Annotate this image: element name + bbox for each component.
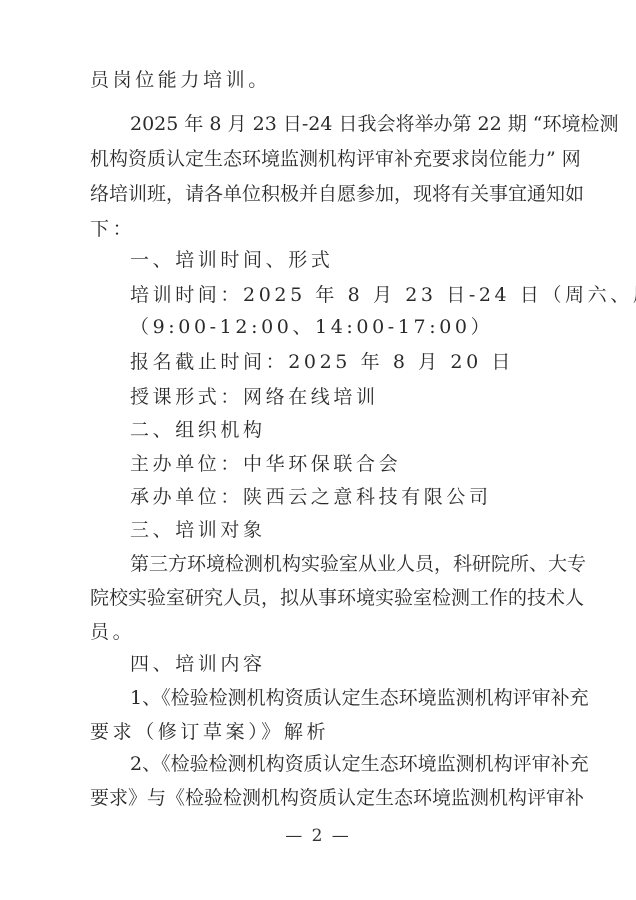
text-line: 授课形式：网络在线培训 <box>130 385 536 409</box>
text-line: 要求（修订草案）》解析 <box>90 720 536 744</box>
text-line: 院校实验室研究人员，拟从事环境实验室检测工作的技术人 <box>90 586 536 610</box>
page-number: — 2 — <box>0 826 636 846</box>
text-line: 络培训班，请各单位积极并自愿参加，现将有关事宜通知如 <box>90 182 536 206</box>
text-line: 要求》与《检验检测机构资质认定生态环境监测机构评审补 <box>90 786 536 810</box>
text-line: 第三方环境检测机构实验室从业人员，科研院所、大专 <box>130 552 536 576</box>
text-line: 承办单位：陕西云之意科技有限公司 <box>130 485 536 509</box>
text-line: 四、培训内容 <box>130 652 536 676</box>
text-line: 三、培训对象 <box>130 518 536 542</box>
text-line: 二、组织机构 <box>130 418 536 442</box>
text-line: 主办单位：中华环保联合会 <box>130 452 536 476</box>
text-line: 机构资质认定生态环境监测机构评审补充要求岗位能力” 网 <box>90 147 536 171</box>
document-page: 员岗位能力培训。2025 年 8 月 23 日-24 日我会将举办第 22 期 … <box>0 0 636 900</box>
text-line: 2、《检验检测机构资质认定生态环境监测机构评审补充 <box>130 752 536 776</box>
text-line: （9:00-12:00、14:00-17:00） <box>130 315 536 339</box>
text-line: 2025 年 8 月 23 日-24 日我会将举办第 22 期 “环境检测 <box>130 112 536 136</box>
text-line: 报名截止时间：2025 年 8 月 20 日 <box>130 350 536 374</box>
text-line: 下： <box>90 217 536 241</box>
text-line: 培训时间：2025 年 8 月 23 日-24 日（周六、周日） <box>130 283 536 307</box>
text-line: 员。 <box>90 620 536 644</box>
text-line: 一、培训时间、形式 <box>130 248 536 272</box>
text-line: 1、《检验检测机构资质认定生态环境监测机构评审补充 <box>130 686 536 710</box>
text-line: 员岗位能力培训。 <box>90 68 536 92</box>
